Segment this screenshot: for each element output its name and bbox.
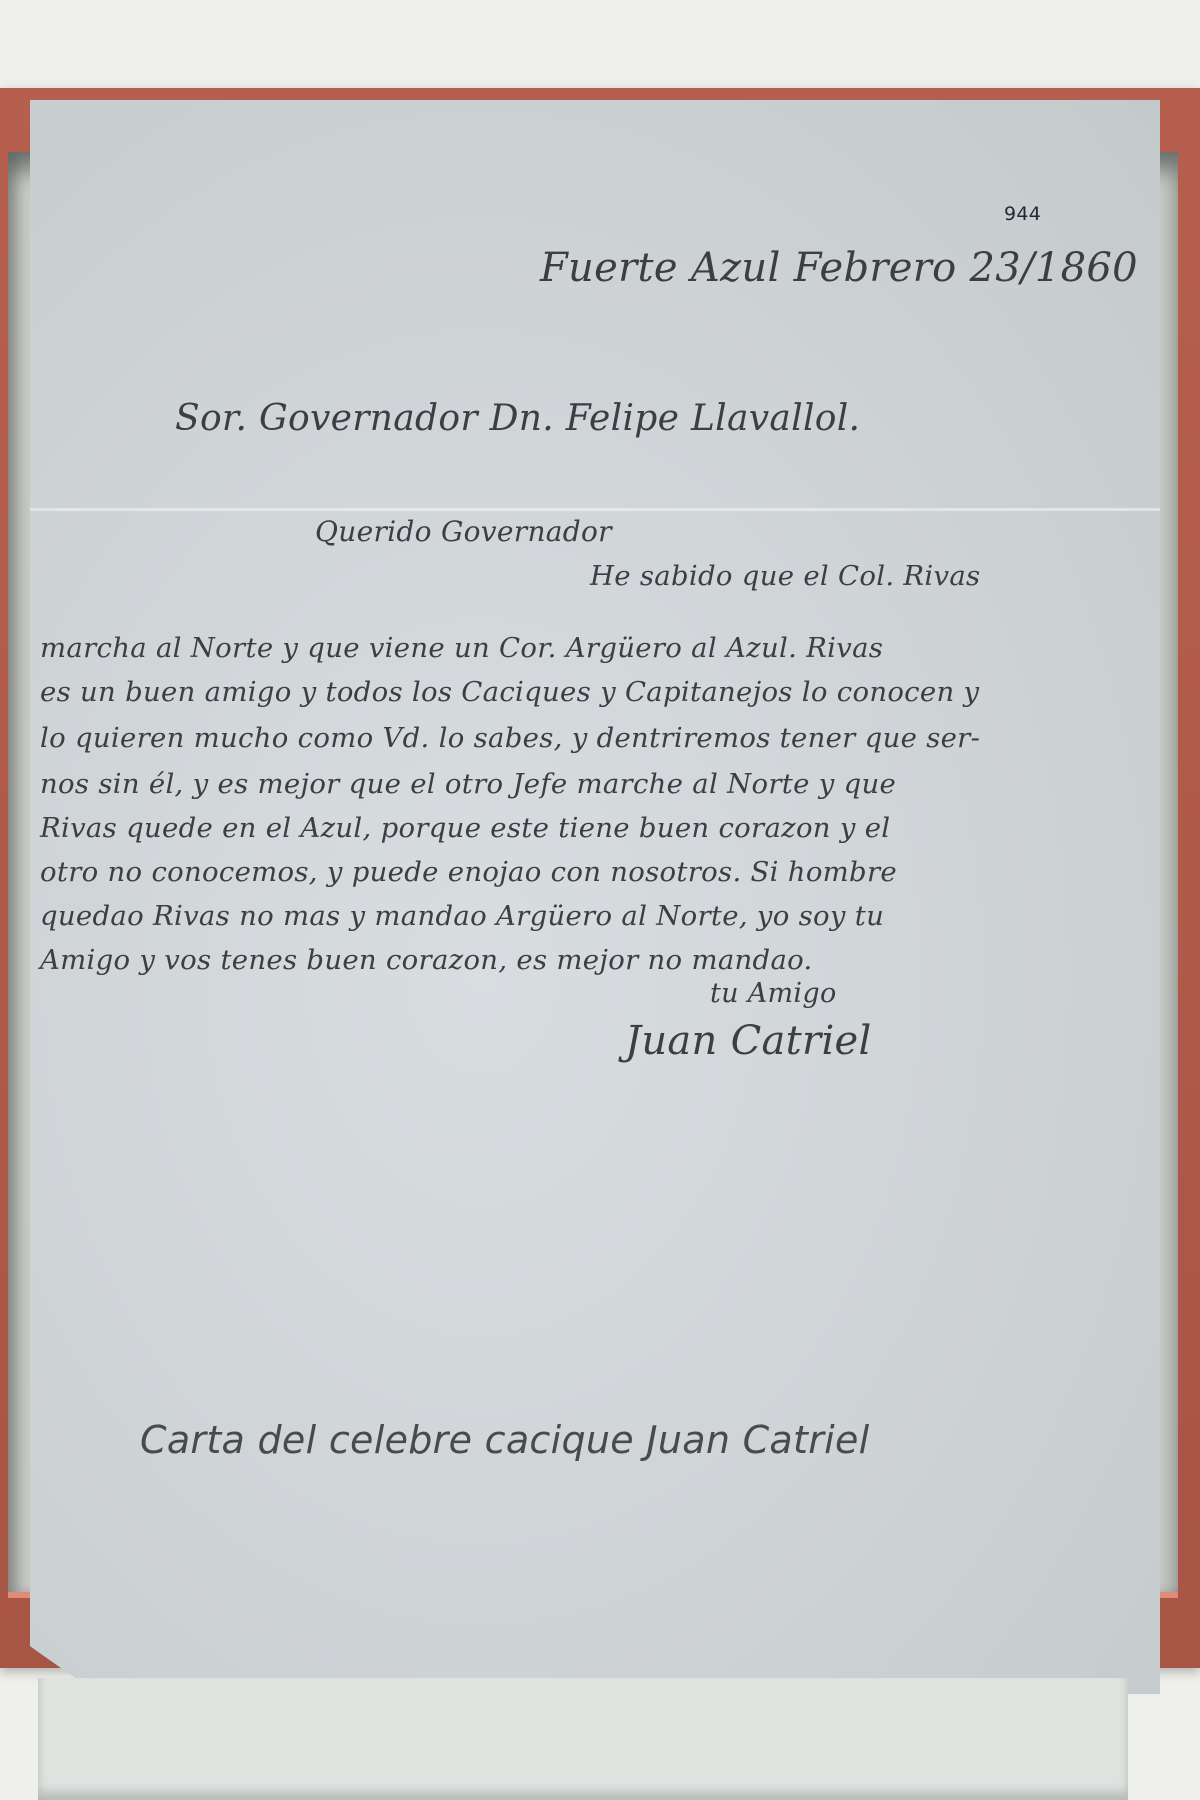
letter-addressee: Sor. Governador Dn. Felipe Llavallol.	[175, 398, 860, 439]
letter-caption: Carta del celebre cacique Juan Catriel	[140, 1418, 870, 1462]
letter-body-line: nos sin él, y es mejor que el otro Jefe …	[40, 768, 896, 800]
archive-page-number: 944	[1004, 203, 1041, 225]
letter-body-line: lo quieren mucho como Vd. lo sabes, y de…	[40, 722, 980, 754]
letter-body-line: quedao Rivas no mas y mandao Argüero al …	[40, 900, 884, 932]
letter-body-line: otro no conocemos, y puede enojao con no…	[40, 856, 897, 888]
museum-label-card	[38, 1678, 1128, 1800]
paper-fold-line	[30, 508, 1160, 511]
letter-closing: tu Amigo	[710, 978, 837, 1009]
letter-body-line: es un buen amigo y todos los Caciques y …	[40, 676, 979, 708]
letter-greeting: Querido Governador	[315, 515, 612, 548]
letter-body-line: Rivas quede en el Azul, porque este tien…	[40, 812, 890, 844]
letter-body-line: marcha al Norte y que viene un Cor. Argü…	[40, 632, 883, 664]
letter-place-date: Fuerte Azul Febrero 23/1860	[540, 245, 1138, 291]
letter-body-line: He sabido que el Col. Rivas	[590, 560, 980, 592]
letter-body-line: Amigo y vos tenes buen corazon, es mejor…	[40, 944, 813, 976]
letter-signature: Juan Catriel	[625, 1018, 872, 1064]
